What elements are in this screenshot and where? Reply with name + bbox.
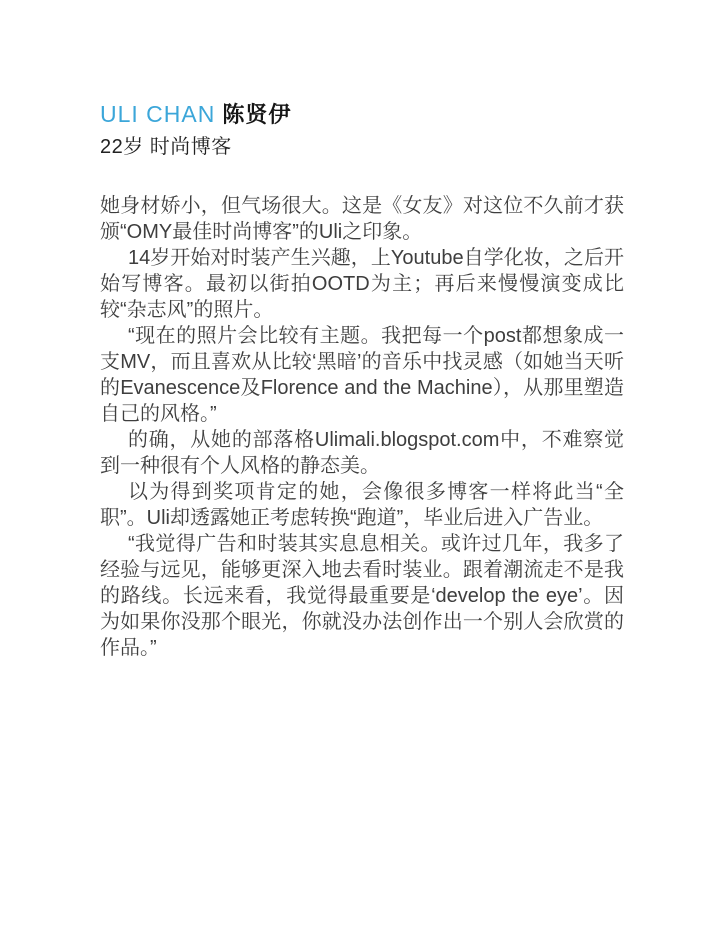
profile-name-chinese: 陈贤伊 xyxy=(222,102,291,127)
article-paragraph: 的确，从她的部落格Ulimali.blogspot.com中，不难察觉到一种很有… xyxy=(100,427,624,479)
article-column: ULI CHAN陈贤伊 22岁 时尚博客 她身材娇小，但气场很大。这是《女友》对… xyxy=(100,101,624,661)
article-paragraph: 以为得到奖项肯定的她，会像很多博客一样将此当“全职”。Uli却透露她正考虑转换“… xyxy=(100,479,624,531)
article-body: 她身材娇小，但气场很大。这是《女友》对这位不久前才获颁“OMY最佳时尚博客”的U… xyxy=(100,193,624,661)
article-paragraph: 14岁开始对时装产生兴趣，上Youtube自学化妆，之后开始写博客。最初以街拍O… xyxy=(100,245,624,323)
profile-subtitle: 22岁 时尚博客 xyxy=(100,135,624,159)
article-paragraph: “我觉得广告和时装其实息息相关。或许过几年，我多了经验与远见，能够更深入地去看时… xyxy=(100,531,624,661)
profile-title: ULI CHAN陈贤伊 xyxy=(100,101,624,131)
article-paragraph: “现在的照片会比较有主题。我把每一个post都想象成一支MV，而且喜欢从比较‘黑… xyxy=(100,323,624,427)
profile-name-english: ULI CHAN xyxy=(100,101,215,127)
article-paragraph: 她身材娇小，但气场很大。这是《女友》对这位不久前才获颁“OMY最佳时尚博客”的U… xyxy=(100,193,624,245)
magazine-page: ULI CHAN陈贤伊 22岁 时尚博客 她身材娇小，但气场很大。这是《女友》对… xyxy=(0,0,720,946)
